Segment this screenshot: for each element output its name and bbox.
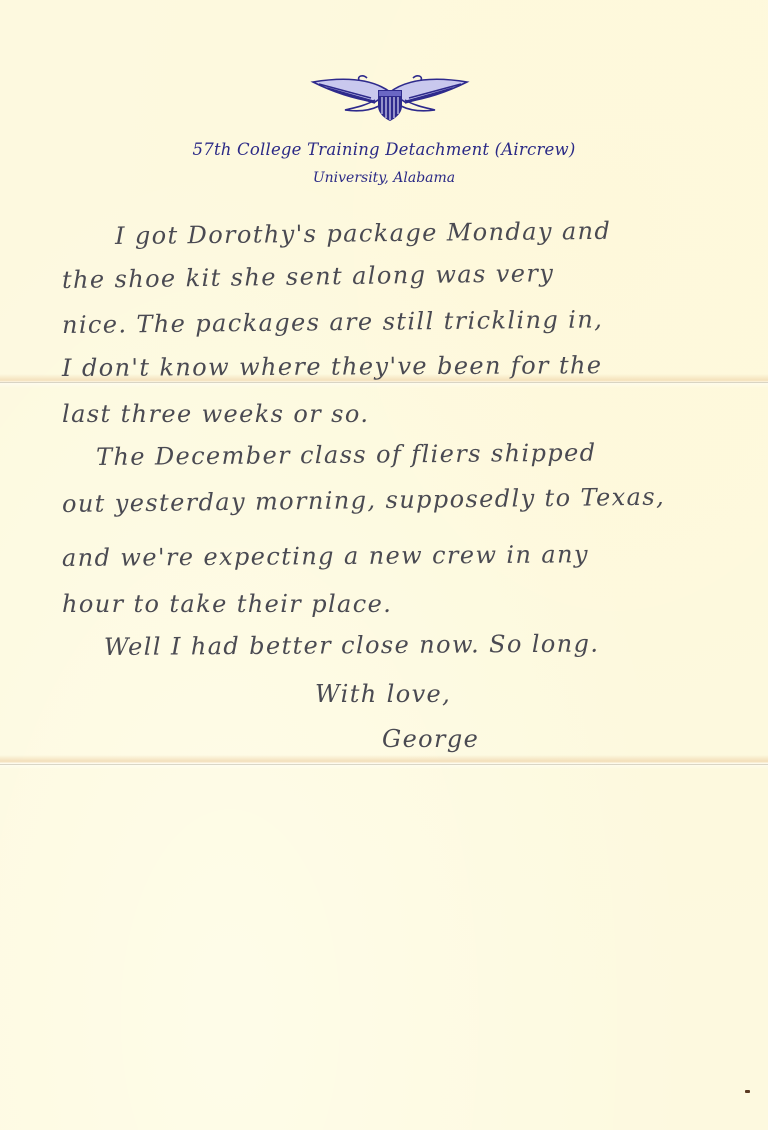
letter-closing: With love, [315,680,451,708]
letterhead-location: University, Alabama [0,170,768,186]
paper-speck [745,1090,750,1093]
letter-line: nice. The packages are still trickling i… [62,305,603,339]
paper-fold-lower [0,755,768,769]
letterhead-title: 57th College Training Detachment (Aircre… [0,140,768,159]
wings-emblem-icon [309,72,471,124]
fold-crease-lower [0,764,768,765]
letter-line: hour to take their place. [62,590,392,618]
letter-line: Well I had better close now. So long. [104,630,600,661]
fold-crease-upper [0,382,768,383]
letter-line: and we're expecting a new crew in any [62,540,589,572]
letter-line: I don't know where they've been for the [62,351,603,382]
letter-line: last three weeks or so. [62,400,369,428]
letter-line: I got Dorothy's package Monday and [115,217,612,250]
letter-signature: George [382,725,479,753]
letter-line: The December class of fliers shipped [96,439,597,471]
